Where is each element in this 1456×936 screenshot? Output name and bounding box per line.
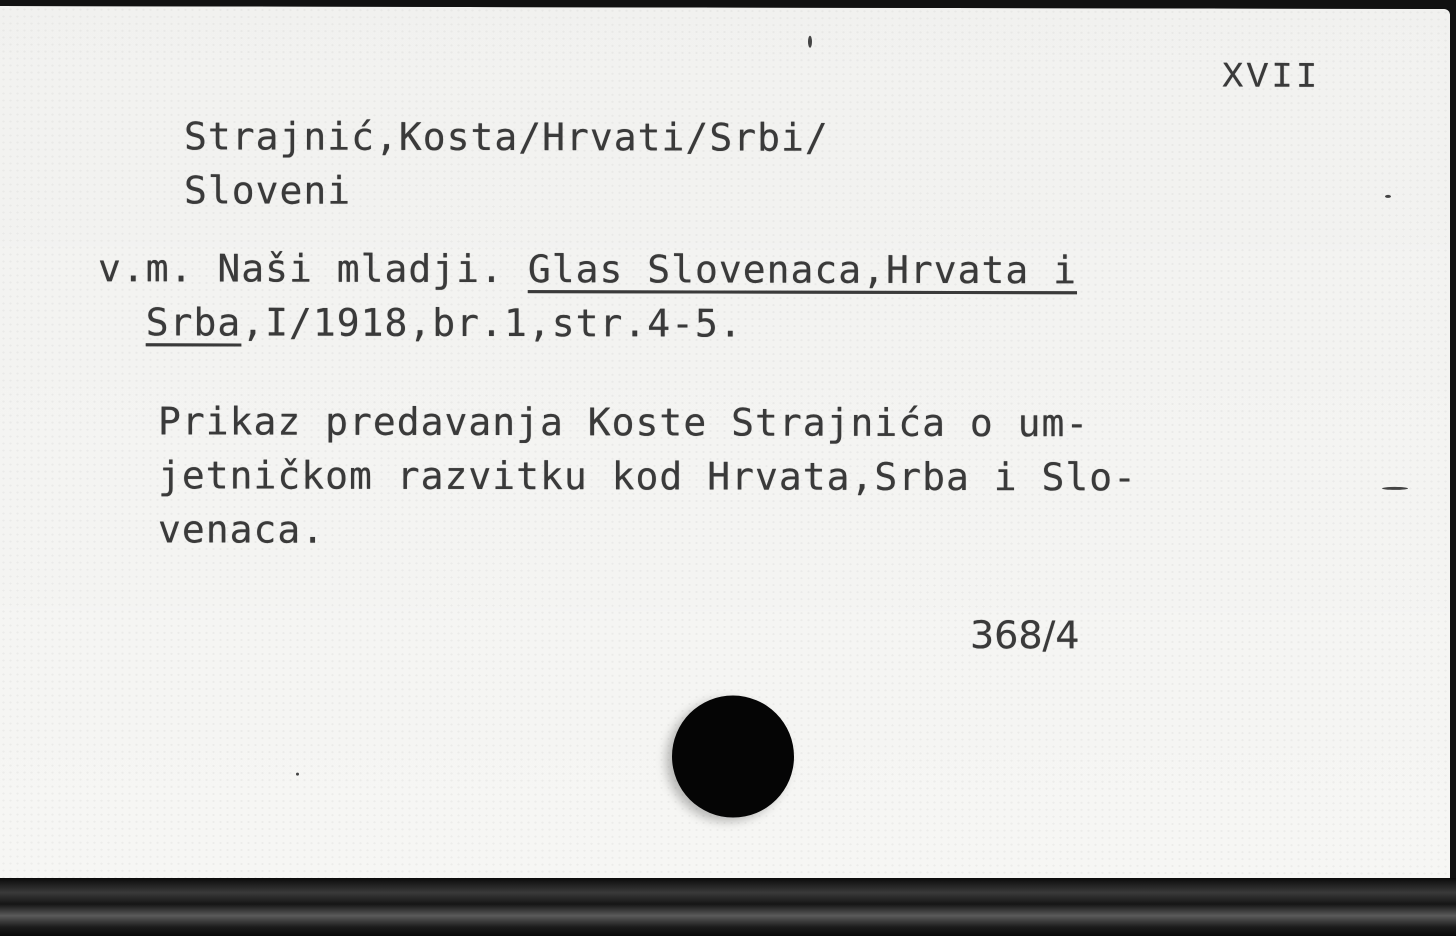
summary-line-2: jetničkom razvitku kod Hrvata,Srba i Slo…	[158, 453, 1137, 499]
scan-artifact	[808, 36, 812, 48]
bibliographic-reference: v.m. Naši mladji. Glas Slovenaca,Hrvata …	[98, 241, 1077, 351]
scan-artifact	[1382, 487, 1408, 490]
citation-details: ,I/1918,br.1,str.4-5.	[241, 301, 742, 346]
scan-artifact	[1385, 195, 1391, 198]
summary-note: Prikaz predavanja Koste Strajnića o um- …	[158, 394, 1137, 558]
heading-line-2: Sloveni	[184, 168, 351, 212]
heading-line-1: Strajnić,Kosta/Hrvati/Srbi/	[184, 114, 829, 159]
card-punch-hole	[672, 695, 794, 817]
scan-artifact	[296, 773, 299, 776]
journal-title-part-2: Srba	[146, 300, 242, 344]
subject-heading: Strajnić,Kosta/Hrvati/Srbi/ Sloveni	[184, 109, 829, 218]
summary-line-3: venaca.	[158, 507, 325, 551]
journal-title-part-1: Glas Slovenaca,Hrvata i	[528, 247, 1077, 292]
call-number: 368/4	[970, 608, 1080, 662]
reference-prefix: v.m. Naši mladji.	[98, 246, 528, 291]
catalog-card: XVII Strajnić,Kosta/Hrvati/Srbi/ Sloveni…	[0, 6, 1450, 885]
scanned-catalog-card: XVII Strajnić,Kosta/Hrvati/Srbi/ Sloveni…	[0, 0, 1456, 936]
summary-line-1: Prikaz predavanja Koste Strajnića o um-	[158, 399, 1089, 445]
classification-number: XVII	[1222, 51, 1320, 105]
scanner-background-strip	[0, 878, 1456, 936]
